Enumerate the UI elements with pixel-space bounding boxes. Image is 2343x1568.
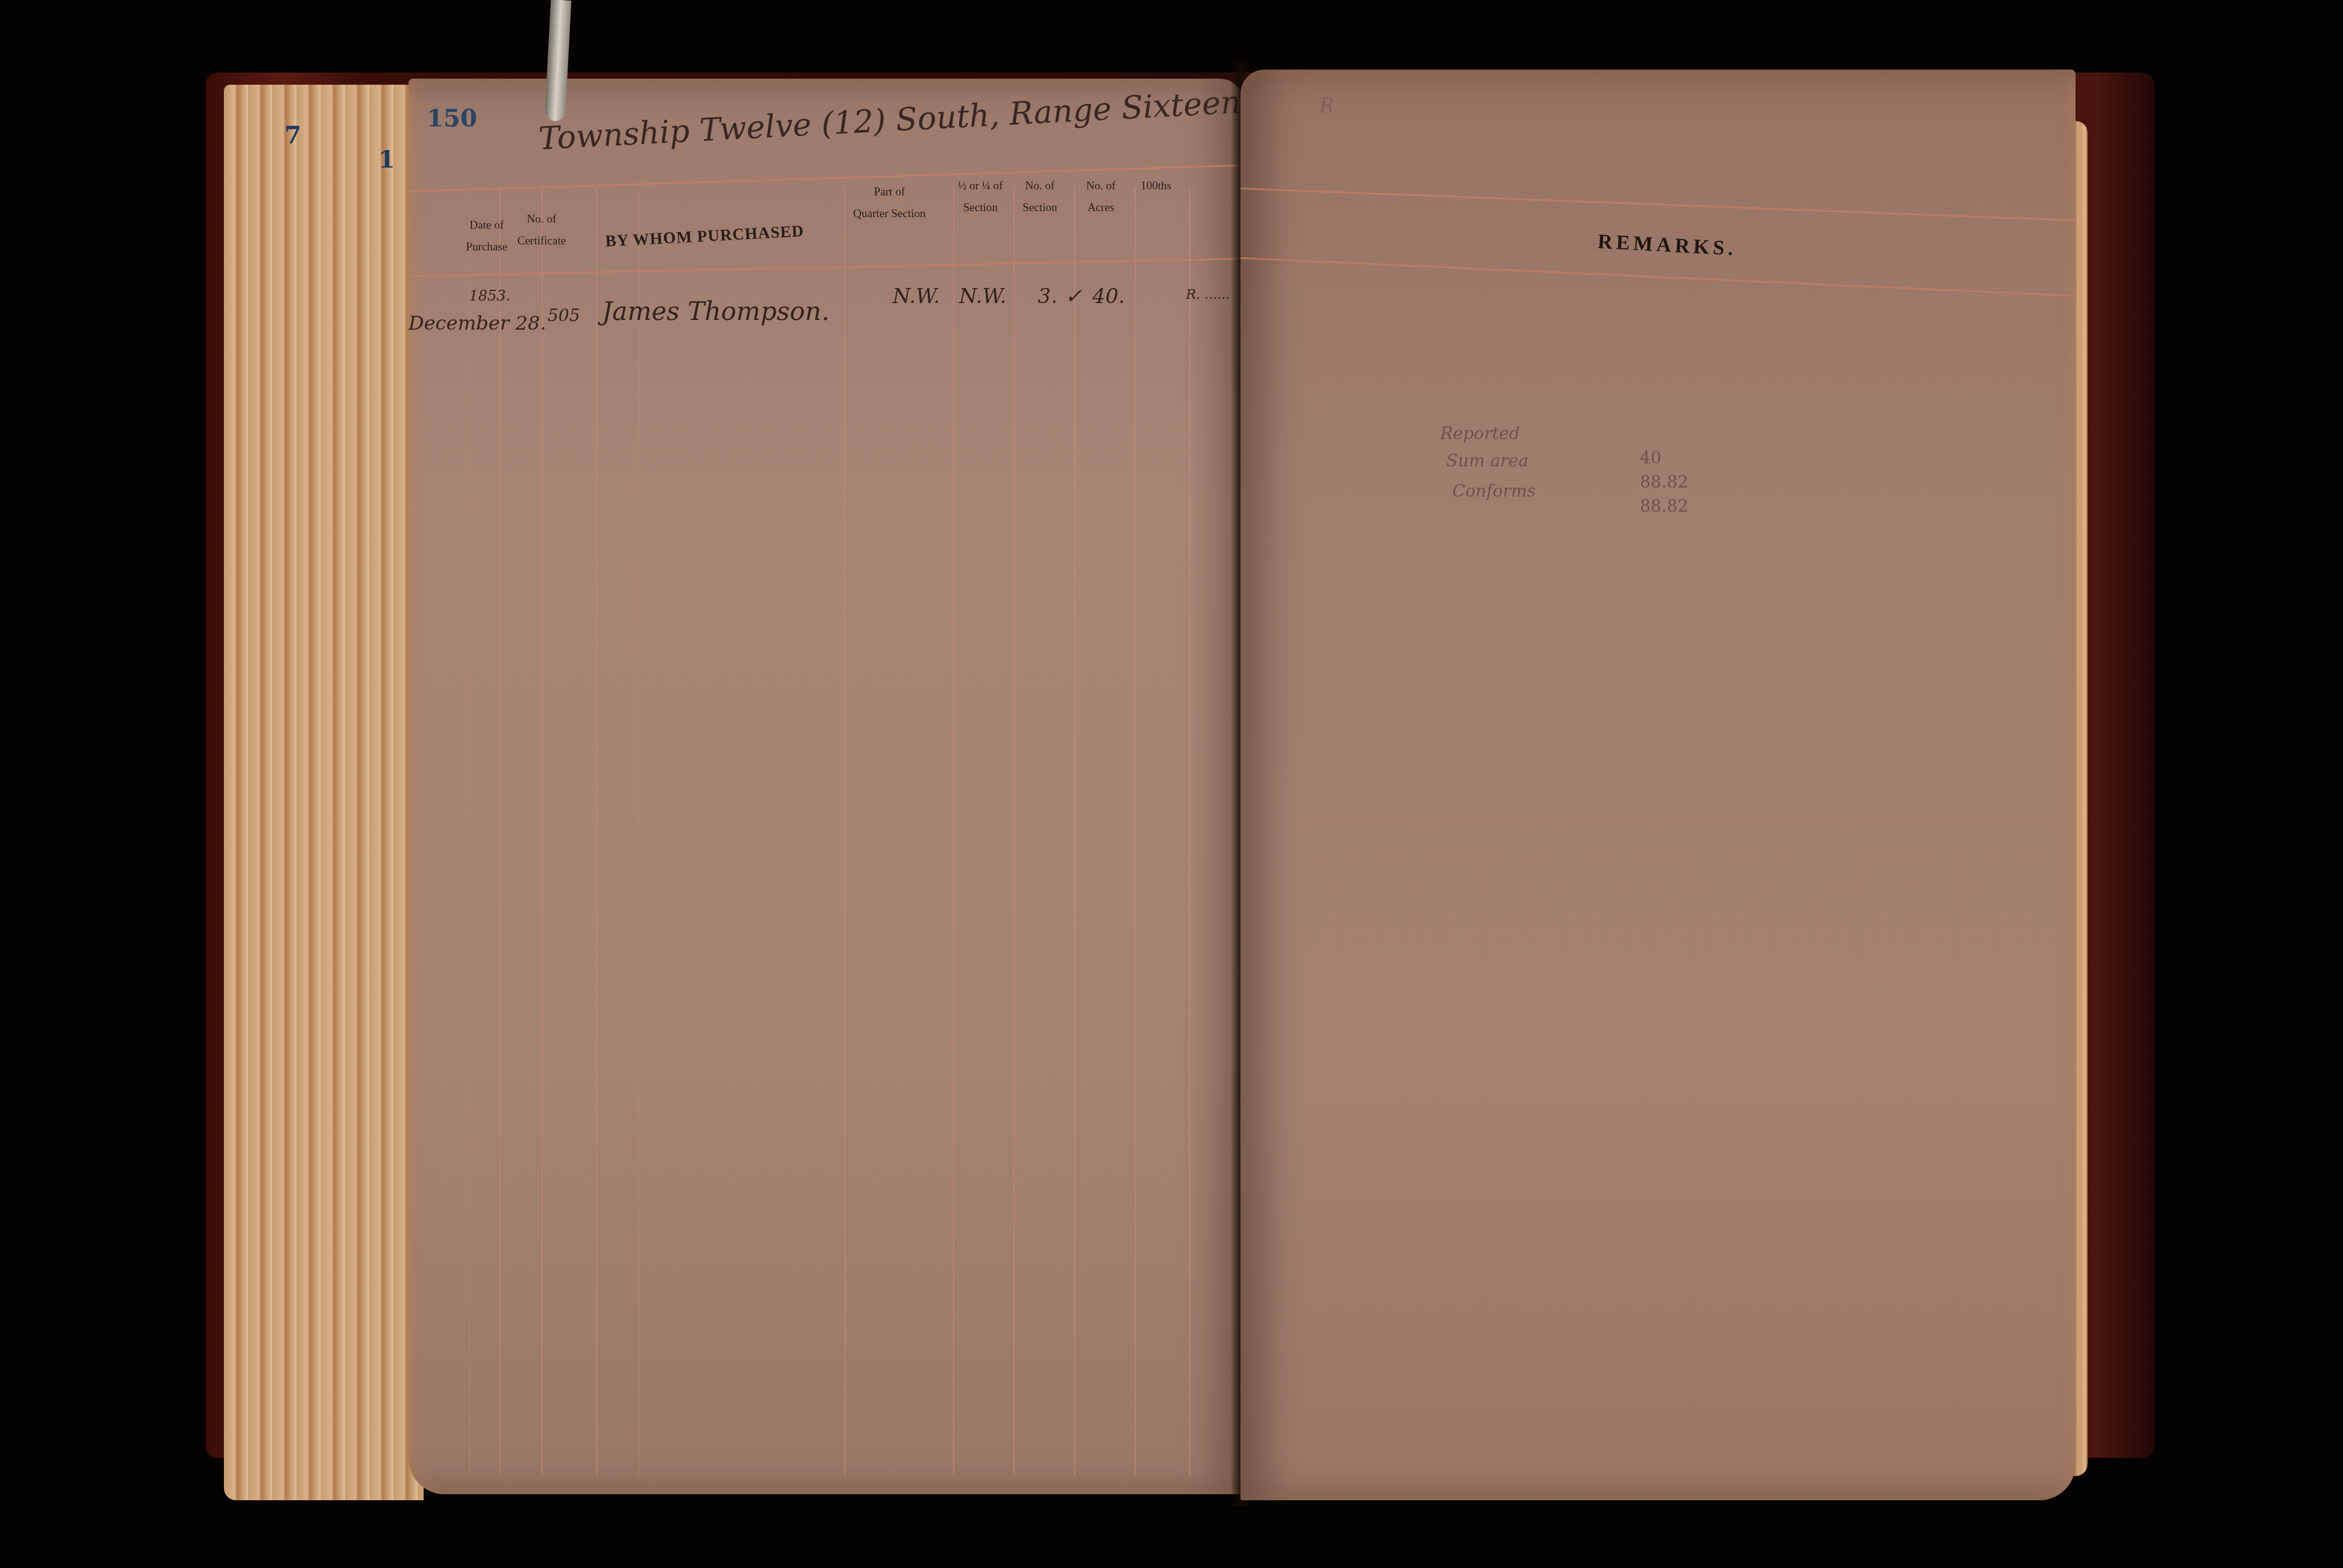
header-rule-bottom: [1240, 257, 2075, 297]
column-rule: [1135, 188, 1136, 1476]
check-mark-icon: ✓: [1065, 284, 1083, 309]
header-rule-top: [1240, 188, 2075, 221]
column-rule: [1189, 188, 1190, 1476]
entry-overflow-note: R. ......: [1186, 287, 1230, 302]
right-page: R REMARKS. Reported 40 Sum area 88.82 Co…: [1240, 70, 2076, 1500]
column-rule: [1014, 188, 1015, 1476]
page-title: Township Twelve (12) South, Range Sixtee…: [537, 79, 1244, 157]
entry-acres: 40.: [1092, 284, 1125, 309]
column-rule: [499, 188, 500, 1476]
pencil-note-label: Sum area: [1446, 451, 1529, 471]
column-rule: [469, 188, 470, 1476]
column-header-quarter-section: Part of Quarter Section: [853, 181, 926, 225]
entry-certificate: 505: [548, 305, 580, 325]
column-header-section-number: No. of Section: [1023, 175, 1057, 219]
column-rule: [953, 188, 954, 1476]
entry-date: December 28.: [408, 312, 546, 335]
entry-year: 1853.: [469, 287, 511, 304]
column-header-certificate: No. of Certificate: [517, 209, 566, 252]
header-rule-top: [408, 165, 1243, 192]
column-rule: [844, 188, 845, 1476]
entry-section-number: 3.: [1038, 284, 1057, 309]
pencil-note-value: 88.82: [1640, 496, 1688, 516]
left-page: 150 Township Twelve (12) South, Range Si…: [408, 79, 1244, 1494]
column-rule: [1074, 188, 1075, 1476]
left-page-stack: 7 1: [224, 85, 424, 1500]
column-header-date: Date of Purchase: [466, 215, 508, 258]
page-number: 150: [427, 104, 477, 132]
pencil-note-value: 40: [1640, 448, 1662, 468]
stack-tab-1: 1: [378, 145, 395, 174]
pencil-note-label: Conforms: [1452, 481, 1536, 501]
header-rule-bottom: [408, 258, 1244, 277]
pencil-note-value: 88.82: [1640, 472, 1688, 492]
column-header-purchaser: BY WHOM PURCHASED: [605, 215, 805, 256]
entry-section-part: N.W.: [959, 284, 1006, 309]
column-header-hundredths: 100ths: [1141, 175, 1171, 197]
column-header-section-part: ½ or ¼ of Section: [958, 175, 1003, 219]
column-header-acres: No. of Acres: [1086, 175, 1116, 219]
stack-tab-7: 7: [284, 121, 301, 149]
column-rule: [542, 188, 543, 1476]
pencil-note-label: Reported: [1440, 423, 1520, 443]
faint-top-note: R: [1319, 94, 1335, 118]
remarks-heading: REMARKS.: [1597, 230, 1737, 261]
column-rule: [638, 188, 640, 1476]
column-rule: [596, 188, 597, 1476]
entry-quarter: N.W.: [893, 284, 940, 309]
entry-purchaser: James Thompson.: [602, 296, 830, 326]
